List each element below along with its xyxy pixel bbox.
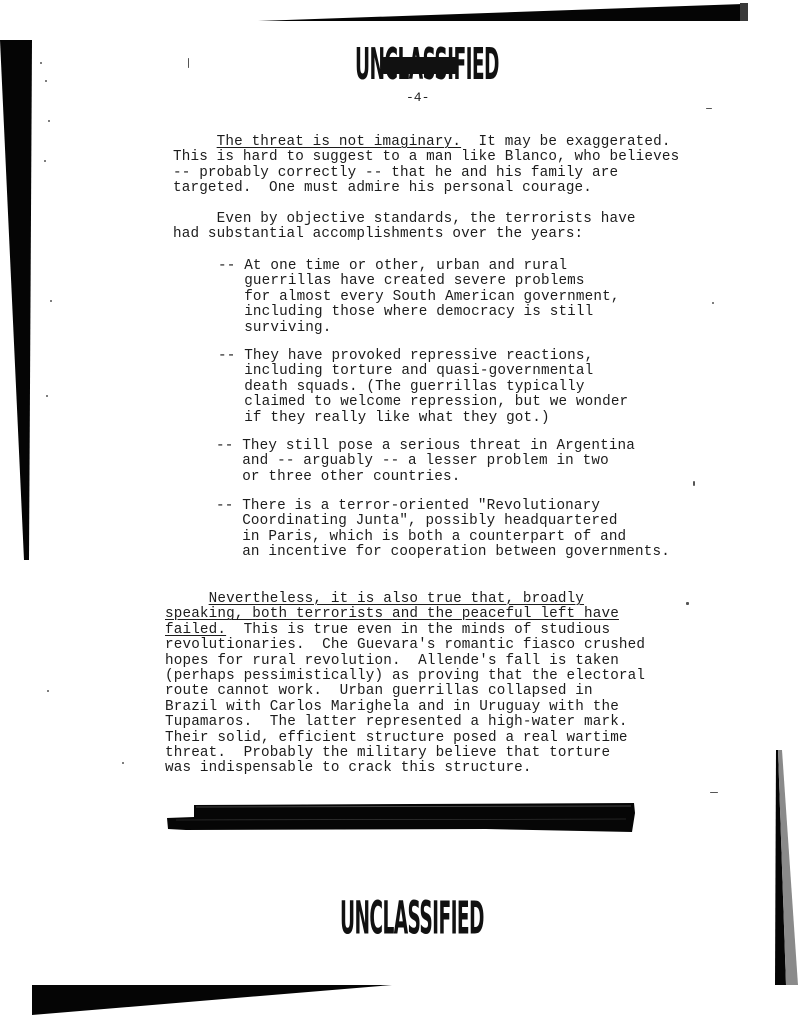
text-line: -- probably correctly -- that he and his… xyxy=(173,166,679,181)
scan-edge-artifact-bottom xyxy=(32,985,392,1015)
text-line: Their solid, efficient structure posed a… xyxy=(165,731,645,746)
text-line: This is hard to suggest to a man like Bl… xyxy=(173,150,679,165)
text-line: claimed to welcome repression, but we wo… xyxy=(218,395,628,410)
scan-edge-artifact-right xyxy=(772,750,804,985)
text-line: The threat is not imaginary. It may be e… xyxy=(173,135,679,150)
scan-speckle xyxy=(47,690,49,692)
text-line: Brazil with Carlos Marighela and in Urug… xyxy=(165,700,645,715)
paragraph-threat: The threat is not imaginary. It may be e… xyxy=(173,135,679,197)
text-line: failed. This is true even in the minds o… xyxy=(165,623,645,638)
classification-stamp-bottom: UNCLASSIFIED xyxy=(340,893,484,946)
scan-speckle xyxy=(48,120,50,122)
text-line: guerrillas have created severe problems xyxy=(218,274,620,289)
scan-speckle xyxy=(122,762,124,764)
scan-speckle xyxy=(188,58,189,68)
scan-speckle xyxy=(40,62,42,64)
text-line: was indispensable to crack this structur… xyxy=(165,761,645,776)
paragraph-accomplishments: Even by objective standards, the terrori… xyxy=(173,212,636,243)
text-line: -- At one time or other, urban and rural xyxy=(218,259,620,274)
text-line: route cannot work. Urban guerrillas coll… xyxy=(165,684,645,699)
stamp-smudge xyxy=(382,57,457,74)
scan-speckle xyxy=(45,80,47,82)
bullet-item: -- There is a terror-oriented "Revolutio… xyxy=(216,499,670,561)
text-line: death squads. (The guerrillas typically xyxy=(218,380,628,395)
text-line: (perhaps pessimistically) as proving tha… xyxy=(165,669,645,684)
scan-speckle xyxy=(706,108,712,109)
underlined-text: Nevertheless, it is also true that, broa… xyxy=(209,591,584,607)
page-number: -4- xyxy=(406,90,429,105)
text-line: targeted. One must admire his personal c… xyxy=(173,181,679,196)
text-line: -- There is a terror-oriented "Revolutio… xyxy=(216,499,670,514)
text-line: and -- arguably -- a lesser problem in t… xyxy=(216,454,635,469)
bullet-item: -- At one time or other, urban and rural… xyxy=(218,259,620,336)
underlined-lead-sentence: The threat is not imaginary. xyxy=(217,134,461,150)
text-line: surviving. xyxy=(218,321,620,336)
bullet-item: -- They still pose a serious threat in A… xyxy=(216,439,635,485)
text-line: Tupamaros. The latter represented a high… xyxy=(165,715,645,730)
scan-edge-artifact-left xyxy=(0,40,32,560)
text-line: in Paris, which is both a counterpart of… xyxy=(216,530,670,545)
text-line: or three other countries. xyxy=(216,470,635,485)
text-line: revolutionaries. Che Guevara's romantic … xyxy=(165,638,645,653)
text-line: Even by objective standards, the terrori… xyxy=(173,212,636,227)
underlined-text: failed. xyxy=(165,622,226,638)
text-line: -- They have provoked repressive reactio… xyxy=(218,349,628,364)
text-fragment: This is true even in the minds of studio… xyxy=(226,622,610,638)
text-line: if they really like what they got.) xyxy=(218,411,628,426)
paragraph-nevertheless: Nevertheless, it is also true that, broa… xyxy=(165,592,645,777)
underlined-text: speaking, both terrorists and the peacef… xyxy=(165,606,619,622)
text-line: speaking, both terrorists and the peacef… xyxy=(165,607,645,622)
text-line: Nevertheless, it is also true that, broa… xyxy=(165,592,645,607)
text-line: had substantial accomplishments over the… xyxy=(173,227,636,242)
redaction-bar xyxy=(166,799,636,833)
scan-speckle xyxy=(710,792,718,793)
text-fragment: It may be exaggerated. xyxy=(461,134,671,150)
text-line: Coordinating Junta", possibly headquarte… xyxy=(216,514,670,529)
scan-speckle xyxy=(50,300,52,302)
scan-speckle xyxy=(686,602,689,605)
text-line: including torture and quasi-governmental xyxy=(218,364,628,379)
scan-speckle xyxy=(46,395,48,397)
text-line: for almost every South American governme… xyxy=(218,290,620,305)
text-line: including those where democracy is still xyxy=(218,305,620,320)
text-line: an incentive for cooperation between gov… xyxy=(216,545,670,560)
scan-speckle xyxy=(44,160,46,162)
scan-edge-artifact-top xyxy=(258,3,748,22)
scan-speckle xyxy=(712,302,714,304)
text-line: hopes for rural revolution. Allende's fa… xyxy=(165,654,645,669)
text-line: -- They still pose a serious threat in A… xyxy=(216,439,635,454)
document-page: UNCLASSIFIED -4- The threat is not imagi… xyxy=(0,0,804,1024)
text-line: threat. Probably the military believe th… xyxy=(165,746,645,761)
bullet-item: -- They have provoked repressive reactio… xyxy=(218,349,628,426)
scan-speckle xyxy=(693,481,695,486)
